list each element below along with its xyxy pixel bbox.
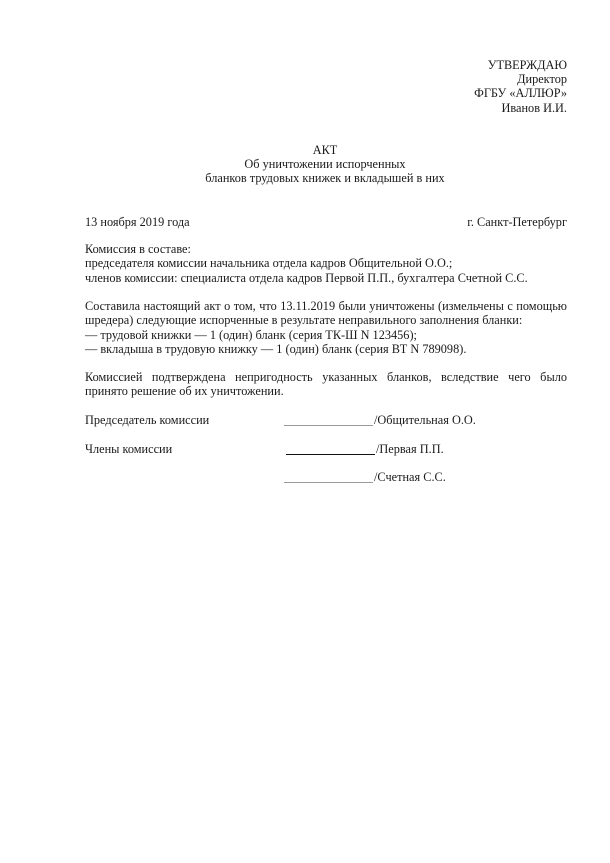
- approval-organization: ФГБУ «АЛЛЮР»: [474, 86, 567, 100]
- conclusion-line2: принято решение об их уничтожении.: [85, 384, 567, 398]
- signature-name: /Счетная С.С.: [374, 470, 446, 485]
- signature-role: Члены комиссии: [85, 442, 172, 457]
- signature-line: [284, 425, 373, 426]
- signature-name: /Первая П.П.: [376, 442, 444, 457]
- signature-role: Председатель комиссии: [85, 413, 209, 428]
- commission-block: Комиссия в составе: председателя комисси…: [85, 242, 528, 285]
- signature-line: [286, 454, 375, 455]
- document-title: АКТ Об уничтожении испорченных бланков т…: [0, 143, 610, 186]
- approval-heading: УТВЕРЖДАЮ: [474, 58, 567, 72]
- signature-line: [284, 482, 373, 483]
- approval-position: Директор: [474, 72, 567, 86]
- doc-type: АКТ: [40, 143, 610, 157]
- commission-intro: Комиссия в составе:: [85, 242, 528, 256]
- document-date: 13 ноября 2019 года: [85, 215, 190, 230]
- act-body: Составила настоящий акт о том, что 13.11…: [85, 299, 567, 357]
- doc-subtitle-line2: бланков трудовых книжек и вкладышей в ни…: [40, 171, 610, 185]
- act-item-insert: — вкладыша в трудовую книжку — 1 (один) …: [85, 342, 567, 356]
- act-item-workbook: — трудовой книжки — 1 (один) бланк (сери…: [85, 328, 567, 342]
- approval-block: УТВЕРЖДАЮ Директор ФГБУ «АЛЛЮР» Иванов И…: [474, 58, 567, 115]
- commission-members: членов комиссии: специалиста отдела кадр…: [85, 271, 528, 285]
- signature-name: /Общительная О.О.: [374, 413, 476, 428]
- act-body-line2: шредера) следующие испорченные в результ…: [85, 313, 567, 327]
- document-city: г. Санкт-Петербург: [467, 215, 567, 230]
- commission-chairman: председателя комиссии начальника отдела …: [85, 256, 528, 270]
- conclusion-line1: Комиссией подтверждена непригодность ука…: [85, 370, 567, 384]
- doc-subtitle-line1: Об уничтожении испорченных: [40, 157, 610, 171]
- act-body-line1: Составила настоящий акт о том, что 13.11…: [85, 299, 567, 313]
- conclusion-block: Комиссией подтверждена непригодность ука…: [85, 370, 567, 399]
- approval-signatory: Иванов И.И.: [474, 101, 567, 115]
